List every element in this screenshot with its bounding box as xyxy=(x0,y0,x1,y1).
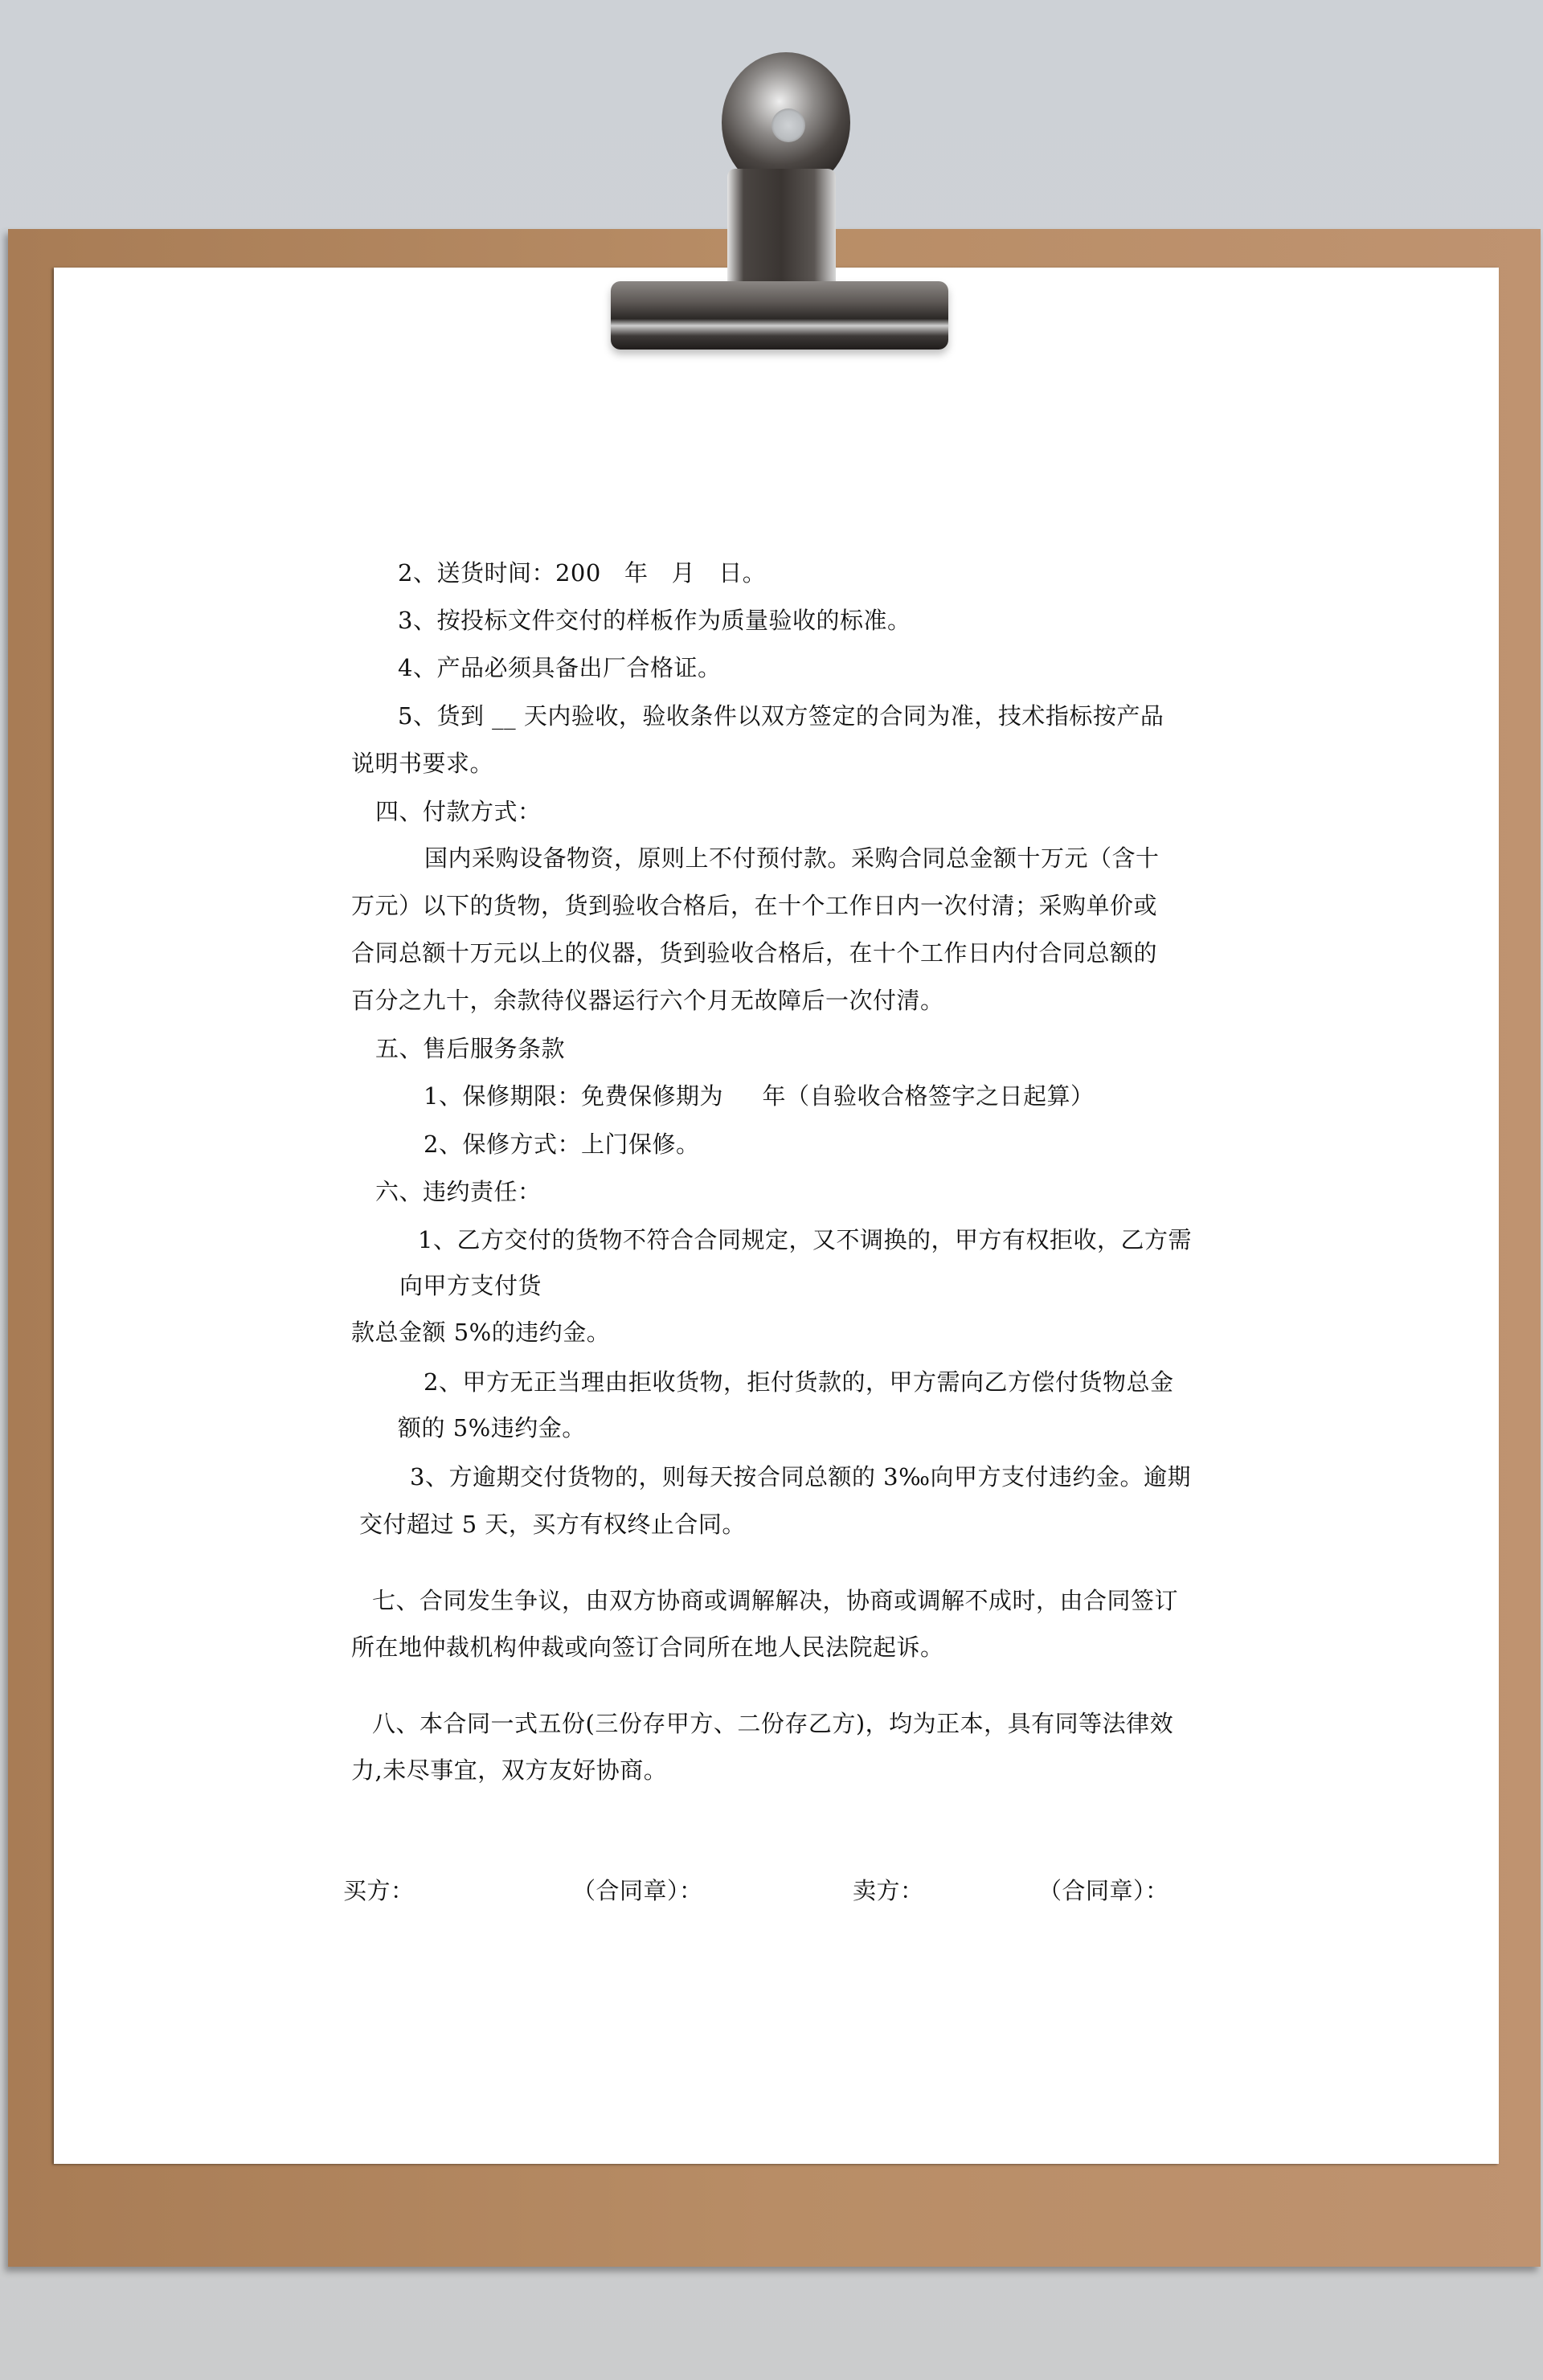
section-heading-payment: 四、付款方式： xyxy=(375,797,542,826)
doc-line: 3、方逾期交付货物的，则每天按合同总额的 3‰向甲方支付违约金。逾期 xyxy=(410,1462,1191,1491)
buyer-seal-label: （合同章）： xyxy=(572,1876,703,1905)
doc-line: 2、甲方无正当理由拒收货物，拒付货款的，甲方需向乙方偿付货物总金 xyxy=(424,1368,1173,1397)
doc-line: 百分之九十，余款待仪器运行六个月无故障后一次付清。 xyxy=(351,986,944,1015)
clip-hole xyxy=(771,108,805,142)
clip-jaw xyxy=(611,281,948,350)
doc-line: 额的 5%违约金。 xyxy=(398,1413,586,1442)
seller-label: 卖方： xyxy=(853,1876,924,1905)
doc-line: 2、送货时间：200 年 月 日。 xyxy=(398,558,766,587)
doc-line: 4、产品必须具备出厂合格证。 xyxy=(398,653,721,682)
doc-line: 1、保修期限：免费保修期为 年（自验收合格签字之日起算） xyxy=(424,1082,1095,1110)
doc-line: 合同总额十万元以上的仪器，货到验收合格后，在十个工作日内付合同总额的 xyxy=(351,939,1157,967)
section-heading-copies: 八、本合同一式五份(三份存甲方、二份存乙方)，均为正本，具有同等法律效 xyxy=(372,1709,1173,1738)
buyer-label: 买方： xyxy=(343,1876,415,1905)
clip-stem xyxy=(727,169,836,297)
doc-line: 1、乙方交付的货物不符合合同规定，又不调换的，甲方有权拒收，乙方需 xyxy=(418,1225,1192,1254)
doc-line: 交付超过 5 天，买方有权终止合同。 xyxy=(359,1510,746,1539)
section-heading-after-sales: 五、售后服务条款 xyxy=(375,1034,565,1063)
doc-line: 所在地仲裁机构仲裁或向签订合同所在地人民法院起诉。 xyxy=(351,1633,944,1662)
doc-line: 力,未尽事宜，双方友好协商。 xyxy=(351,1756,667,1785)
doc-line: 向甲方支付货 xyxy=(399,1271,542,1300)
doc-line: 万元）以下的货物，货到验收合格后，在十个工作日内一次付清；采购单价或 xyxy=(351,891,1157,920)
doc-line: 2、保修方式：上门保修。 xyxy=(424,1130,699,1159)
paper-sheet xyxy=(54,268,1499,2164)
doc-line: 5、货到 __ 天内验收，验收条件以双方签定的合同为准，技术指标按产品 xyxy=(398,701,1164,730)
doc-line: 款总金额 5%的违约金。 xyxy=(351,1318,610,1347)
doc-line: 说明书要求。 xyxy=(351,749,493,778)
doc-line: 3、按投标文件交付的样板作为质量验收的标准。 xyxy=(398,606,911,635)
section-heading-liability: 六、违约责任： xyxy=(375,1177,542,1206)
seller-seal-label: （合同章）： xyxy=(1038,1876,1169,1905)
section-heading-disputes: 七、合同发生争议，由双方协商或调解解决，协商或调解不成时，由合同签订 xyxy=(372,1586,1178,1615)
doc-line: 国内采购设备物资，原则上不付预付款。采购合同总金额十万元（含十 xyxy=(424,844,1160,873)
binder-clip-icon xyxy=(611,48,948,354)
